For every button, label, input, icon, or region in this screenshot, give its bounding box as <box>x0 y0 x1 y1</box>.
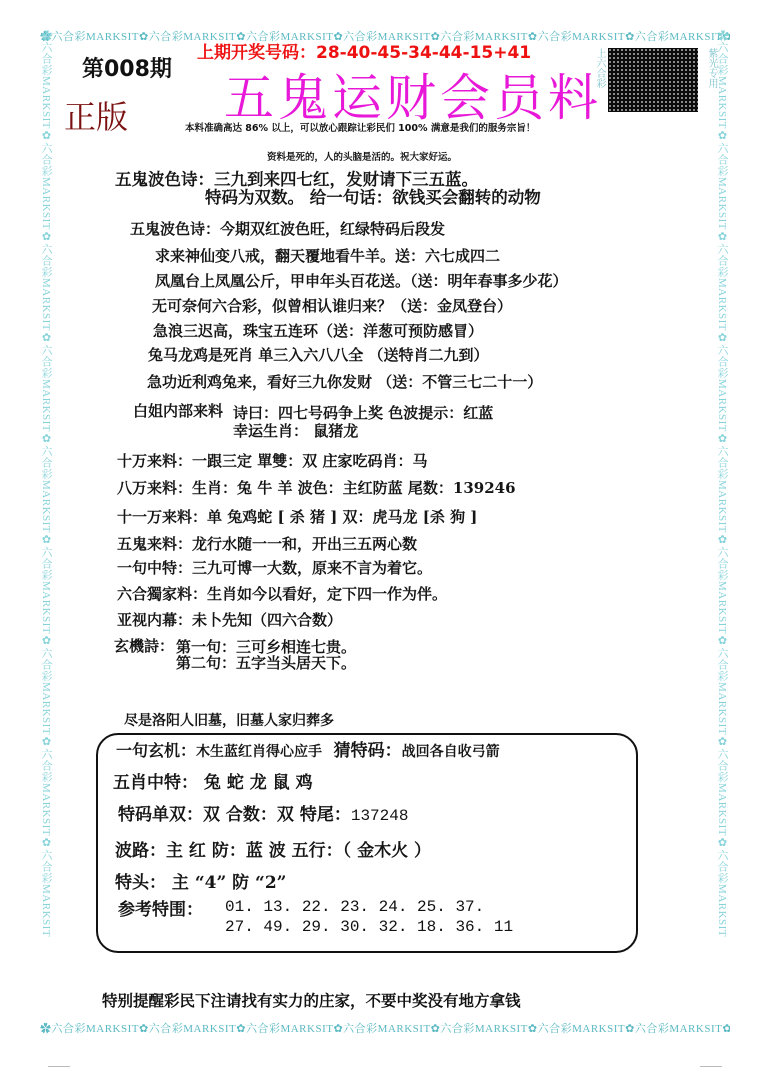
poem-line: 兔马龙鸡是死肖 单三入六八八全 （送特肖二九到） <box>148 344 488 365</box>
guess-value: 战回各自收弓箭 <box>402 744 500 760</box>
liuhe-line: 六合獨家料：生肖如今以看好，定下四一作为伴。 <box>117 583 447 604</box>
shiwan-line: 十万来料：一跟三定 單雙：双 庄家吃码肖：马 <box>117 450 427 471</box>
shiyiwan-line: 十一万来料：单 兔鸡蛇 [ 杀 猪 ] 双：虎马龙 [杀 狗 ] <box>117 506 477 527</box>
watermark-border-left: ✿六合彩MARKSIT✿六合彩MARKSIT✿六合彩MARKSIT✿六合彩MAR… <box>40 30 54 1010</box>
slogan-accuracy: 本料准确高达 86% 以上，可以放心跟踪让彩民们 100% 满意是我们的服务宗旨… <box>185 120 535 134</box>
yashi-line: 亚视内幕：未卜先知（四六合数） <box>117 609 342 630</box>
footer-reminder: 特别提醒彩民下注请找有实力的庄家，不要中奖没有地方拿钱 <box>102 989 521 1011</box>
wugui-line: 五鬼来料：龙行水随一一和，开出三五两心数 <box>117 533 417 554</box>
ref-range-label: 参考特围： <box>118 895 203 920</box>
bawan-line: 八万来料：生肖：兔 牛 羊 波色：主红防蓝 尾数：139246 <box>117 477 516 498</box>
xuanji-label: 一句玄机： <box>116 741 196 760</box>
slogan-luck: 资料是死的，人的头脑是活的。祝大家好运。 <box>267 149 457 163</box>
page-corner-mark-left <box>48 1066 70 1067</box>
odd-even-row: 特码单双：双 合数：双 特尾：137248 <box>118 800 408 825</box>
qr-side-text-right: 紫光专用 <box>704 48 719 88</box>
wave-route-row: 波路：主 红 防：蓝 波 五行：（ 金木火 ） <box>115 836 431 861</box>
poem-line: 求来神仙变八戒，翻天覆地看牛羊。送：六七成四二 <box>155 245 500 266</box>
qr-code-image <box>608 48 698 112</box>
wave-color-poem-2-title: 五鬼波色诗：今期双红波色旺，红绿特码后段发 <box>130 218 445 239</box>
watermark-border-right: ✿六合彩MARKSIT✿六合彩MARKSIT✿六合彩MARKSIT✿六合彩MAR… <box>716 30 730 1010</box>
poem-line: 凤凰台上凤凰公斤，甲申年头百花送。（送：明年春事多少花） <box>155 270 568 291</box>
edition-label: 正版 <box>64 92 128 138</box>
head-number-row: 特头： 主 “4” 防 “2” <box>115 868 286 893</box>
xuanji-row: 一句玄机：木生蓝红肖得心应手 猜特码：战回各自收弓箭 <box>116 736 500 761</box>
watermark-border-bottom: ✿六合彩MARKSIT✿六合彩MARKSIT✿六合彩MARKSIT✿六合彩MAR… <box>40 1022 730 1036</box>
wave-color-poem-1-hint: 特码为双数。 给一句话：欲钱买会翻转的动物 <box>205 184 541 208</box>
guess-label: 猜特码： <box>334 741 402 761</box>
baijie-label: 白姐内部来料 <box>133 400 223 421</box>
issue-number: 第008期 <box>82 52 172 83</box>
poem-line: 急功近利鸡兔来，看好三九你发财 （送：不管三七二十一） <box>147 371 542 392</box>
poem-line: 急浪三迟高，珠宝五连环（送：洋葱可预防感冒） <box>153 320 483 341</box>
yiju-line: 一句中特：三九可博一大数，原来不言为着它。 <box>117 557 432 578</box>
five-zodiac-row: 五肖中特： 兔 蛇 龙 鼠 鸡 <box>113 768 313 793</box>
odd-even-label: 特码单双：双 合数：双 特尾： <box>118 805 351 825</box>
tail-digits: 137248 <box>351 807 409 825</box>
box-pre-line: 尽是洛阳人旧墓，旧墓人家归葬多 <box>124 710 334 730</box>
xuanji-line-2: 第二句：五字当头居天下。 <box>176 652 356 673</box>
poem-line: 无可奈何六合彩，似曾相认谁归来？（送：金凤登台） <box>152 295 512 316</box>
ref-range-line-2: 27. 49. 29. 30. 32. 18. 36. 11 <box>225 918 513 936</box>
xuanji-value: 木生蓝红肖得心应手 <box>196 744 322 760</box>
page-corner-mark-right <box>700 1066 722 1067</box>
xuanji-label: 玄機詩： <box>114 635 174 656</box>
baijie-lucky-zodiac: 幸运生肖： 鼠猪龙 <box>233 420 358 441</box>
ref-range-line-1: 01. 13. 22. 23. 24. 25. 37. <box>225 898 484 916</box>
qr-side-text-left: 上六合彩 <box>592 48 607 88</box>
